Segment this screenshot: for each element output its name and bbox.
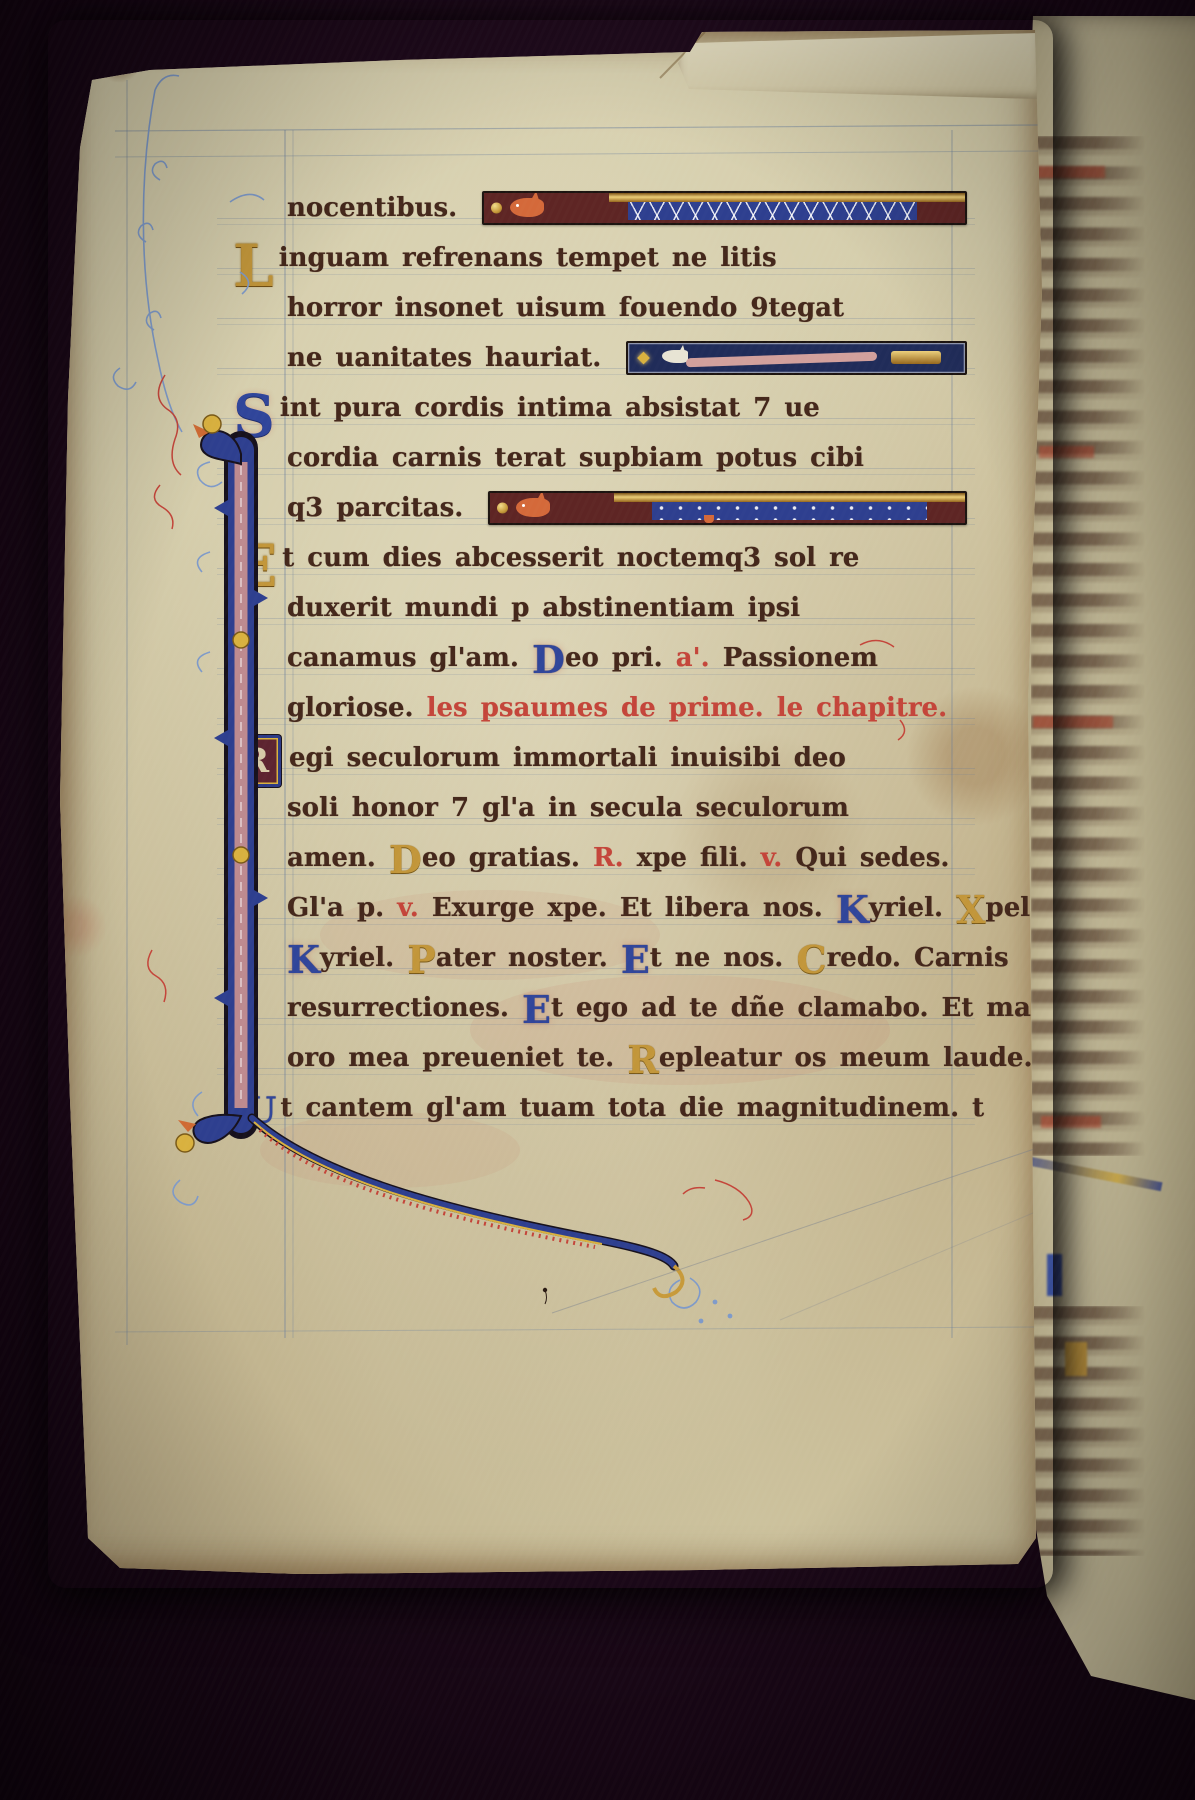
adjacent-gold-initial [1065,1342,1087,1376]
manuscript-photo: nocentibus. Linguam refrenans tempet ne … [0,0,1195,1800]
surface-scratches [543,1147,1040,1320]
marginal-bar-initial [176,415,683,1296]
red-filigree-penwork [148,375,905,1220]
ornament-overlay [60,30,1045,1575]
manuscript-leaf: nocentibus. Linguam refrenans tempet ne … [60,30,1045,1575]
